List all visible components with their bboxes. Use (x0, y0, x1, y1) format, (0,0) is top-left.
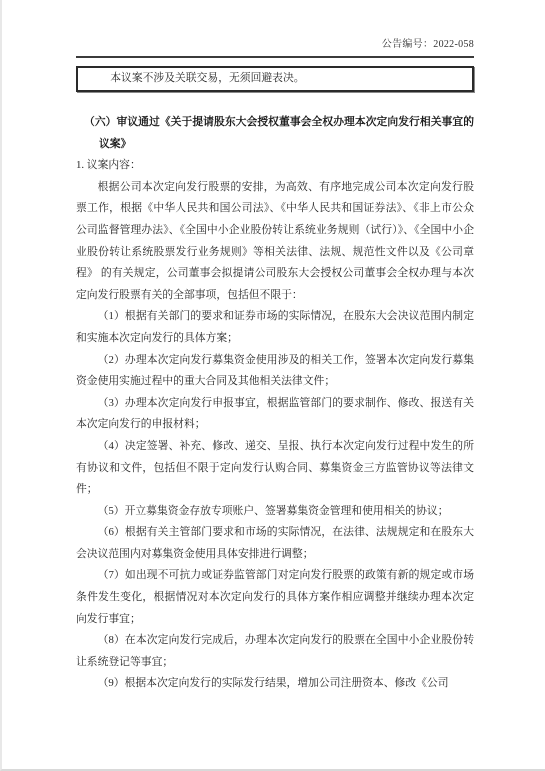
body-paragraph: 根据公司本次定向发行股票的安排，为高效、有序地完成公司本次定向发行股票工作，根据… (76, 177, 474, 307)
body-paragraph: （8）在本次定向发行完成后，办理本次定向发行的股票在全国中小企业股份转让系统登记… (76, 630, 474, 673)
notice-number: 公告编号：2022-058 (76, 38, 474, 52)
body-paragraph: （3）办理本次定向发行申报事宜，根据监管部门的要求制作、修改、报送有关本次定向发… (76, 393, 474, 436)
body-paragraph: （9）根据本次定向发行的实际发行结果，增加公司注册资本、修改《公司 (76, 673, 474, 695)
document-page: 公告编号：2022-058 本议案不涉及关联交易，无须回避表决。 （六）审议通过… (0, 0, 545, 771)
body-paragraph: （5）开立募集资金存放专项账户、签署募集资金管理和使用相关的协议； (76, 501, 474, 523)
body-paragraph: （4）决定签署、补充、修改、递交、呈报、执行本次定向发行过程中发生的所有协议和文… (76, 436, 474, 501)
body-paragraph: （6）根据有关主管部门要求和市场的实际情况，在法律、法规规定和在股东大会决议范围… (76, 522, 474, 565)
header-divider (76, 56, 474, 58)
notice-box-text: 本议案不涉及关联交易，无须回避表决。 (110, 72, 304, 84)
page-content: 公告编号：2022-058 本议案不涉及关联交易，无须回避表决。 （六）审议通过… (76, 0, 474, 695)
body-paragraph: （7）如出现不可抗力或证券监管部门对定向发行股票的政策有新的规定或市场条件发生变… (76, 565, 474, 630)
section-heading: （六）审议通过《关于提请股东大会授权董事会全权办理本次定向发行相关事宜的议案》 (76, 112, 474, 155)
notice-box: 本议案不涉及关联交易，无须回避表决。 (76, 66, 474, 92)
content-label: 1. 议案内容： (76, 155, 474, 177)
body-paragraph: （1）根据有关部门的要求和证券市场的实际情况，在股东大会决议范围内制定和实施本次… (76, 306, 474, 349)
body-paragraph: （2）办理本次定向发行募集资金使用涉及的相关工作，签署本次定向发行募集资金使用实… (76, 350, 474, 393)
